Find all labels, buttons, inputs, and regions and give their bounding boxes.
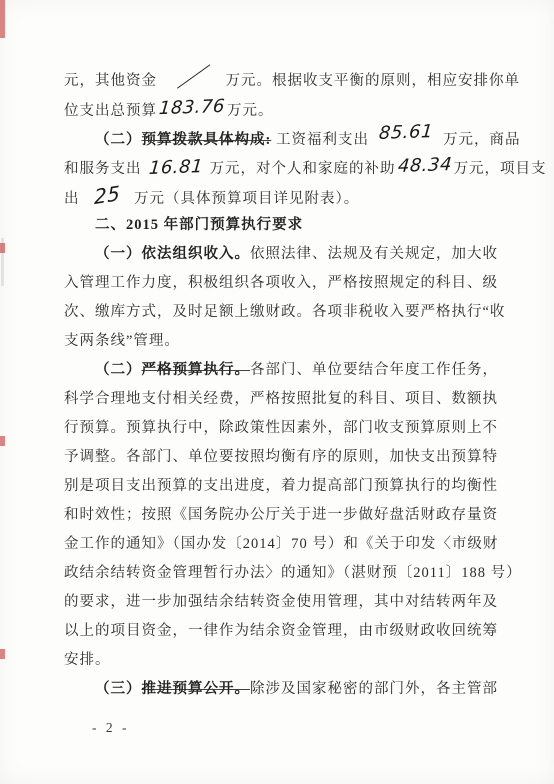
text-line: 位支出总预算183.76万元。 [64, 95, 504, 124]
text-segment: 除涉及国家秘密的部门外，各主管部 [250, 681, 498, 697]
text-segment: 位支出总预算 [64, 103, 157, 119]
text-line: 安排。 [64, 646, 504, 675]
text-line: （一）依法组织收入。依照法律、法规及有关规定，加大收 [64, 240, 504, 269]
handwritten-value: 183.76 [158, 92, 226, 123]
handwritten-value: 16.81 [147, 152, 204, 183]
text-line: 的要求，进一步加强结余结转资金使用管理，其中对结转两年及 [64, 588, 504, 617]
text-line: 出25万元（具体预算项目详见附表）。 [64, 182, 504, 211]
text-segment: 万元（具体预算项目详见附表）。 [134, 191, 359, 207]
text-segment: 各部门、单位要结合年度工作任务， [250, 362, 498, 378]
text-segment: 万元。 [227, 103, 274, 119]
text-segment: 推进预算公开。 [142, 681, 251, 697]
text-segment: （三） [95, 681, 142, 697]
text-segment: 万元，商品 [443, 132, 521, 148]
text-segment: 次、缴库方式，及时足额上缴财政。各项非税收入要严格执行“收 [64, 304, 505, 320]
handwritten-value: 85.61 [378, 117, 435, 148]
text-segment: 和服务支出 [64, 161, 142, 177]
text-segment: 支两条线”管理。 [64, 333, 180, 349]
text-segment: 元，其他资金 [64, 73, 157, 89]
text-segment: 政结余结转资金管理暂行办法〉的通知》（湛财预〔2011〕188 号） [64, 565, 522, 581]
text-segment: 严格预算执行。 [142, 362, 251, 378]
text-segment: 预算拨款具体构成: [142, 132, 272, 148]
text-line: 以上的项目资金，一律作为结余资金管理，由市级财政收回统筹 [64, 617, 504, 646]
text-segment: 和时效性；按照《国务院办公厅关于进一步做好盘活财政存量资 [64, 507, 498, 523]
scan-edge-mark [0, 0, 5, 38]
text-line: 和服务支出16.81万元，对个人和家庭的补助48.34万元，项目支 [64, 153, 504, 182]
text-line: 入管理工作力度，积极组织各项收入，严格按照规定的科目、级 [64, 269, 504, 298]
document-page: 元，其他资金／万元。根据收支平衡的原则，相应安排你单位支出总预算183.76万元… [0, 0, 554, 784]
handwritten-value: 25 [94, 179, 120, 212]
text-segment: （二） [95, 132, 142, 148]
text-line: 金工作的通知》（国办发〔2014〕70 号）和《关于印发〈市级财 [64, 530, 504, 559]
text-segment: 依照法律、法规及有关规定，加大收 [250, 246, 498, 262]
scan-edge-mark [0, 649, 5, 659]
scan-edge-mark [0, 436, 5, 446]
text-line: 元，其他资金／万元。根据收支平衡的原则，相应安排你单 [64, 66, 504, 95]
text-line: 二、2015 年部门预算执行要求 [64, 211, 504, 240]
text-segment: 科学合理地支付相关经费，严格按照批复的科目、项目、数额执 [64, 391, 498, 407]
text-segment: 予调整。各部门、单位要按照均衡有序的原则，加快支出预算特 [64, 449, 498, 465]
text-line: 予调整。各部门、单位要按照均衡有序的原则，加快支出预算特 [64, 443, 504, 472]
text-segment: 的要求，进一步加强结余结转资金使用管理，其中对结转两年及 [64, 594, 498, 610]
text-segment: 出 [64, 191, 80, 207]
text-segment: 万元。根据收支平衡的原则，相应安排你单 [226, 73, 521, 89]
document-text: 元，其他资金／万元。根据收支平衡的原则，相应安排你单位支出总预算183.76万元… [64, 66, 504, 704]
text-segment: 金工作的通知》（国办发〔2014〕70 号）和《关于印发〈市级财 [64, 536, 498, 552]
handwritten-value: 48.34 [396, 150, 453, 181]
text-segment: 二、2015 年部门预算执行要求 [95, 217, 303, 233]
text-segment: 行预算。预算执行中，除政策性因素外，部门收支预算原则上不 [64, 420, 498, 436]
text-segment: 别是项目支出预算的支出进度，着力提高部门预算执行的均衡性 [64, 478, 498, 494]
text-line: 和时效性；按照《国务院办公厅关于进一步做好盘活财政存量资 [64, 501, 504, 530]
text-segment: 入管理工作力度，积极组织各项收入，严格按照规定的科目、级 [64, 275, 498, 291]
text-line: （三）推进预算公开。除涉及国家秘密的部门外，各主管部 [64, 675, 504, 704]
text-segment: （二） [95, 362, 142, 378]
handwritten-value: ／ [176, 67, 206, 88]
scan-smudge [1, 238, 4, 286]
text-line: 支两条线”管理。 [64, 327, 504, 356]
text-segment: 万元，对个人和家庭的补助 [210, 161, 396, 177]
text-segment: 安排。 [64, 652, 111, 668]
text-line: 别是项目支出预算的支出进度，着力提高部门预算执行的均衡性 [64, 472, 504, 501]
text-segment: 以上的项目资金，一律作为结余资金管理，由市级财政收回统筹 [64, 623, 498, 639]
text-segment: 万元，项目支 [454, 161, 547, 177]
text-line: 次、缴库方式，及时足额上缴财政。各项非税收入要严格执行“收 [64, 298, 504, 327]
text-line: 行预算。预算执行中，除政策性因素外，部门收支预算原则上不 [64, 414, 504, 443]
page-number: - 2 - [92, 720, 130, 736]
text-segment: （一）依法组织收入。 [95, 246, 250, 262]
text-segment: 工资福利支出 [271, 132, 369, 148]
text-line: （二）预算拨款具体构成: 工资福利支出85.61万元，商品 [64, 124, 504, 153]
text-line: 科学合理地支付相关经费，严格按照批复的科目、项目、数额执 [64, 385, 504, 414]
text-line: （二）严格预算执行。各部门、单位要结合年度工作任务， [64, 356, 504, 385]
text-line: 政结余结转资金管理暂行办法〉的通知》（湛财预〔2011〕188 号） [64, 559, 504, 588]
